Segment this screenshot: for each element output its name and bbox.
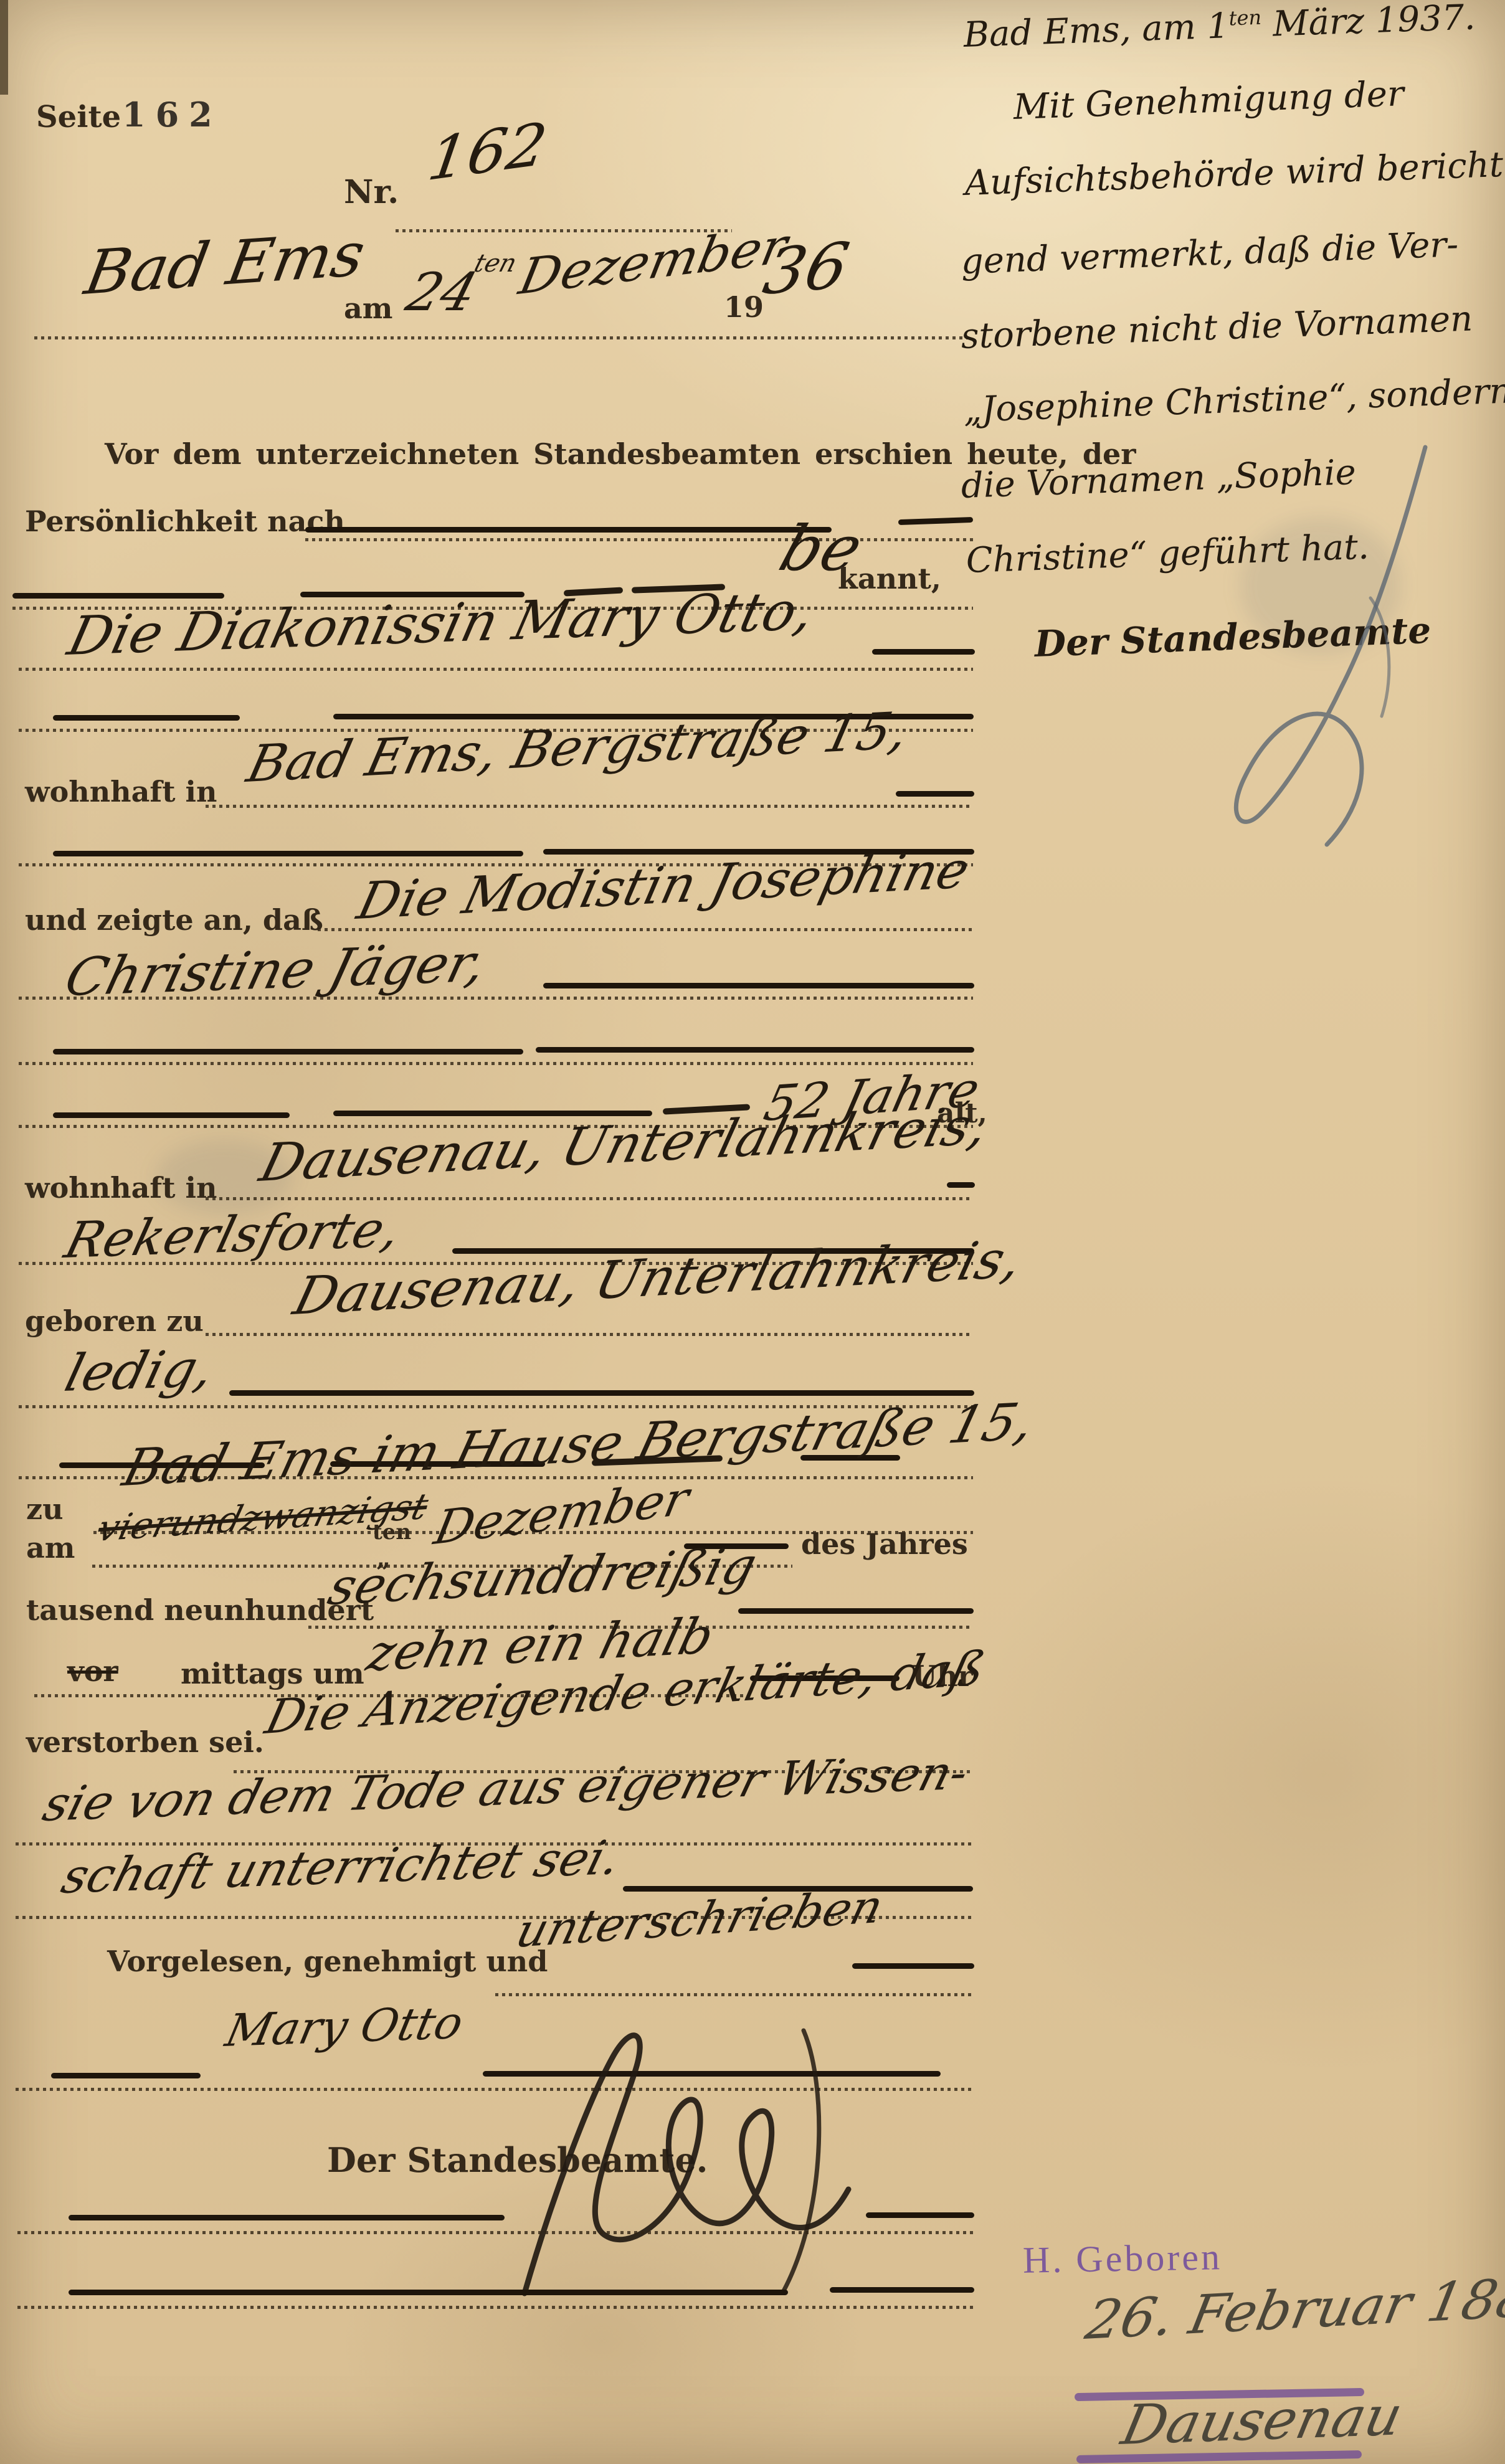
margin-note-date-sup: ten [1228,6,1262,31]
margin-signature [1184,436,1451,860]
dateline-am-label: am [344,291,392,325]
vor-struck-label: vor [67,1654,118,1688]
margin-note-line: Aufsichtsbehörde wird berichti- [964,144,1505,204]
dotted-line [17,2231,974,2234]
dateline-day-suffix: ten [471,249,520,278]
fill-rule [543,983,974,988]
page-number-label: Seite [36,100,121,135]
dotted-line [34,336,972,339]
wohnhaft-label-2: wohnhaft in [25,1171,217,1205]
margin-note-line: „Josephine Christine“, sondern [963,371,1505,430]
record-number-value: 162 [424,110,551,194]
birthplace: Dausenau, Unterlahnkreis, [288,1228,1028,1327]
margin-note-dateline: Bad Ems, am 1ten März 1937. [963,0,1476,55]
margin-note-date-suffix: März 1937. [1261,0,1476,45]
dotted-line [19,997,973,1000]
dotted-line [206,805,973,808]
dateline-year-hand: 36 [757,229,855,310]
dotted-line [17,2306,974,2309]
fill-rule [53,851,523,856]
deceased-residence-line2: Rekerlsforte, [59,1200,407,1269]
deceased-residence-line1: Dausenau, Unterlahnkreis, [254,1095,995,1193]
margin-note-line: storbene nicht die Vornamen [961,298,1473,357]
fill-rule [229,1390,974,1396]
mary-otto-signature: Mary Otto [221,1996,468,2057]
fill-rule [830,2287,974,2293]
dotted-line [318,928,973,931]
dotted-line [206,1197,973,1200]
dotted-line [206,1333,973,1336]
record-number-label: Nr. [344,173,399,211]
unterschrieben-hand: unterschrieben [511,1880,888,1958]
dateline-day: 24 [400,262,484,323]
birth-place-annotation: Dausenau [1116,2384,1408,2457]
wohnhaft-label-1: wohnhaft in [25,775,217,808]
zu-label: zu [26,1492,64,1526]
am-label: am [26,1531,75,1565]
verstorben-label: verstorben sei. [26,1725,264,1759]
fill-rule [866,2212,974,2218]
margin-note-line: gend vermerkt, daß die Ver- [961,224,1459,282]
page-number-value: 162 [122,95,222,135]
kannt-label: kannt, [838,562,941,595]
fill-rule [896,791,974,797]
fill-rule [51,2073,201,2078]
marital-status: ledig, [59,1339,220,1403]
registrar-signature [480,2012,866,2298]
ten-label: ten [373,1520,411,1545]
geboren-label: geboren zu [25,1304,204,1338]
margin-note-date-prefix: Bad Ems, am 1 [963,6,1230,55]
vorgelesen-label: Vorgelesen, genehmigt und [107,1945,548,1978]
persoenlichkeit-label: Persönlichkeit nach [25,505,345,538]
tausend-label: tausend neunhundert [26,1593,374,1627]
fill-rule [69,2290,788,2295]
dateline-place: Bad Ems [80,219,370,309]
statement-line-3: schaft unterrichtet sei. [56,1829,627,1904]
fill-rule [898,517,973,525]
des-jahres-label: des Jahres [801,1527,968,1561]
dotted-line [305,538,973,541]
fill-rule [872,649,975,655]
fill-rule [69,2215,505,2220]
dotted-line [19,1062,973,1065]
fill-rule [53,1049,523,1054]
scan-edge [0,0,8,95]
death-record-page: Seite 162 Nr. 162 Bad Ems am 24 ten Deze… [0,0,1505,2464]
fill-rule [305,527,832,533]
margin-note-line: Mit Genehmigung der [1013,73,1405,128]
fill-rule [852,1963,974,1969]
fill-rule [53,1112,290,1118]
fill-rule [536,1047,974,1053]
fill-rule [53,715,240,721]
stamp-h-geboren: H. Geboren [1022,2235,1222,2282]
dotted-line [19,668,973,671]
dotted-line [495,1993,973,1996]
fill-rule [738,1608,974,1614]
fill-rule [947,1182,975,1188]
zeigte-label: und zeigte an, daß [25,903,323,937]
fill-rule [12,593,224,599]
